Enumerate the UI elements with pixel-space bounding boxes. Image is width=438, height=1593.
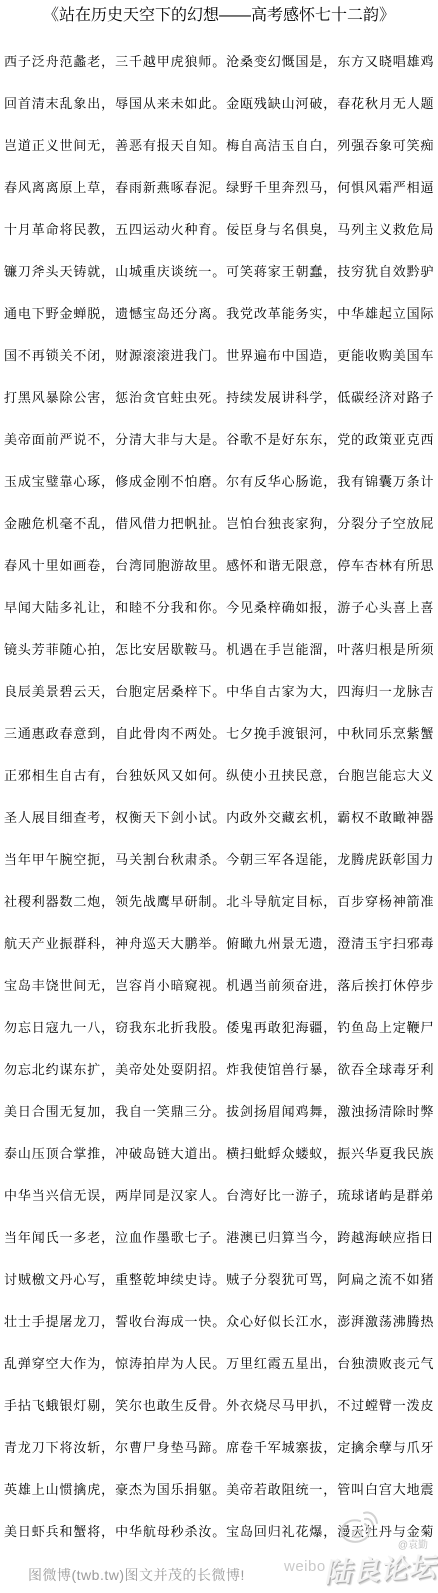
poem-line: 宝岛丰饶世间无，岂容肖小暗窥视。机遇当前须奋进，落后挨打休停步	[4, 965, 434, 1007]
poem-line: 社稷利器数二炮，领先战鹰早研制。北斗导航定目标，百步穿杨神箭准	[4, 881, 434, 923]
poem-line: 正邪相生自古有，台独妖风又如何。纵使小丑挟民意，台胞岂能忘大义	[4, 755, 434, 797]
poem-line: 讨贼檄文丹心写，重整乾坤续史诗。贼子分裂犹可骂，阿扁之流不如猪	[4, 1259, 434, 1301]
poem-line: 金融危机毫不乱，借风借力把帆扯。岂怕台独丧家狗，分裂分子空放屁	[4, 503, 434, 545]
poem-line: 玉成宝璧靠心琢，修成金刚不怕磨。尔有反华心肠诡，我有锦囊万条计	[4, 461, 434, 503]
poem-line: 十月革命将民教，五四运动火种育。佞臣身与名俱臭，马列主义救危局	[4, 209, 434, 251]
poem-line: 当年甲午腕空扼，马关割台秋肃杀。今朝三军各逞能，龙腾虎跃彰国力	[4, 839, 434, 881]
poem-line: 镜头芳菲随心拍，怎比安居歇鞍马。机遇在手岂能溜，叶落归根是所须	[4, 629, 434, 671]
watermark-weibo-text: weibo	[284, 1558, 326, 1575]
poem-line: 西子泛舟范蠡老，三千越甲虎狼师。沧桑变幻慨国是，东方又晓唱雄鸡	[4, 41, 434, 83]
poem-line: 英雄上山惯擒虎，豪杰为国乐捐躯。美帝若敢阻统一，管叫白宫大地震	[4, 1469, 434, 1511]
poem-line: 泰山压顶合掌推，冲破岛链大道出。横扫蚍蜉众蝼蚁，振兴华夏我民族	[4, 1133, 434, 1175]
poem-line: 打黑风暴除公害，惩治贪官蛀虫死。持续发展讲科学，低碳经济对路子	[4, 377, 434, 419]
poem-body: 西子泛舟范蠡老，三千越甲虎狼师。沧桑变幻慨国是，东方又晓唱雄鸡 回首清末乱象出，…	[0, 41, 438, 1553]
poem-line: 圣人展目细查考，权衡天下剑小试。内政外交藏玄机，霸权不敢瞰神器	[4, 797, 434, 839]
poem-line: 中华当兴信无误，两岸同是汉家人。台湾好比一游子，琉球诸屿是群弟	[4, 1175, 434, 1217]
poem-line: 美日合围无复加，我自一笑鼎三分。拔剑扬眉闻鸡舞，激浊扬清除时弊	[4, 1091, 434, 1133]
poem-line: 回首清末乱象出，辱国从来未如此。金瓯残缺山河破，春花秋月无人题	[4, 83, 434, 125]
poem-line: 春风十里如画卷，台湾同胞游故里。感怀和谐无限意，停车杏林有所思	[4, 545, 434, 587]
poem-line: 勿忘日寇九一八，窃我东北折我股。倭鬼再敢犯海疆，钓鱼岛上定鞭尸	[4, 1007, 434, 1049]
footer-promo-text: 图微博(twb.tw)图文并茂的长微博!	[28, 1565, 245, 1585]
poem-line: 勿忘北约谋东扩，美帝处处耍阴招。炸我使馆兽行暴，欲吞全球毒牙利	[4, 1049, 434, 1091]
weibo-logo-icon	[336, 1509, 378, 1547]
poem-line: 国不再锁关不闭，财源滚滚进我门。世界遍布中国造，更能收购美国车	[4, 335, 434, 377]
poem-line: 乱弹穿空大作为，惊涛拍岸为人民。万里红霞五星出，台独溃败丧元气	[4, 1343, 434, 1385]
poem-line: 春风离离原上草，春雨新燕啄春泥。绿野千里奔烈马，何惧风霜严相逼	[4, 167, 434, 209]
poem-line: 良辰美景碧云天，台胞定居桑梓下。中华自古家为大，四海归一龙脉吉	[4, 671, 434, 713]
long-weibo-poem-image: 《站在历史天空下的幻想——高考感怀七十二韵》 西子泛舟范蠡老，三千越甲虎狼师。沧…	[0, 0, 438, 1593]
poem-line: 壮士手提屠龙刀，誓收台海成一快。众心好似长江水，澎湃激荡沸腾热	[4, 1301, 434, 1343]
poem-line: 美帝面前严说不，分清大非与大是。谷歌不是好东东，党的政策亚克西	[4, 419, 434, 461]
poem-line: 三通惠政春意到，自此骨肉不两处。七夕挽手渡银河，中秋同乐烹紫蟹	[4, 713, 434, 755]
poem-line: 手拈飞蛾银灯剔，笑尔也敢生反骨。外衣烧尽马甲扒，不过螳臂一泼皮	[4, 1385, 434, 1427]
poem-line: 青龙刀下将汝斩，尔曹尸身垫马蹄。席卷千军城寨拔，定擒余孽与爪牙	[4, 1427, 434, 1469]
poem-line: 镰刀斧头天铸就，山城重庆谈统一。可笑蒋家王朝蠢，技穷犹自效黔驴	[4, 251, 434, 293]
poem-line: 当年闻氏一多老，泣血作墨歌七子。港澳已归算当今，跨越海峡应指日	[4, 1217, 434, 1259]
watermark-forum-text: 陆良论坛	[323, 1545, 437, 1590]
poem-line: 通电下野金蝉脱，遗憾宝岛还分离。我党改革能务实，中华雄起立国际	[4, 293, 434, 335]
poem-line: 早闻大陆多礼让，和睦不分我和你。今见桑梓确如报，游子心头喜上喜	[4, 587, 434, 629]
poem-title: 《站在历史天空下的幻想——高考感怀七十二韵》	[0, 0, 438, 31]
poem-line: 岂道正义世间无，善恶有报天自知。梅自高洁玉自白，列强吞象可笑痴	[4, 125, 434, 167]
poem-line: 航天产业振群科，神舟巡天大鹏举。俯瞰九州景无遗，澄清玉宇扫邪毒	[4, 923, 434, 965]
watermark-block: @袁勤 weibo 陆良论坛	[284, 1509, 436, 1589]
